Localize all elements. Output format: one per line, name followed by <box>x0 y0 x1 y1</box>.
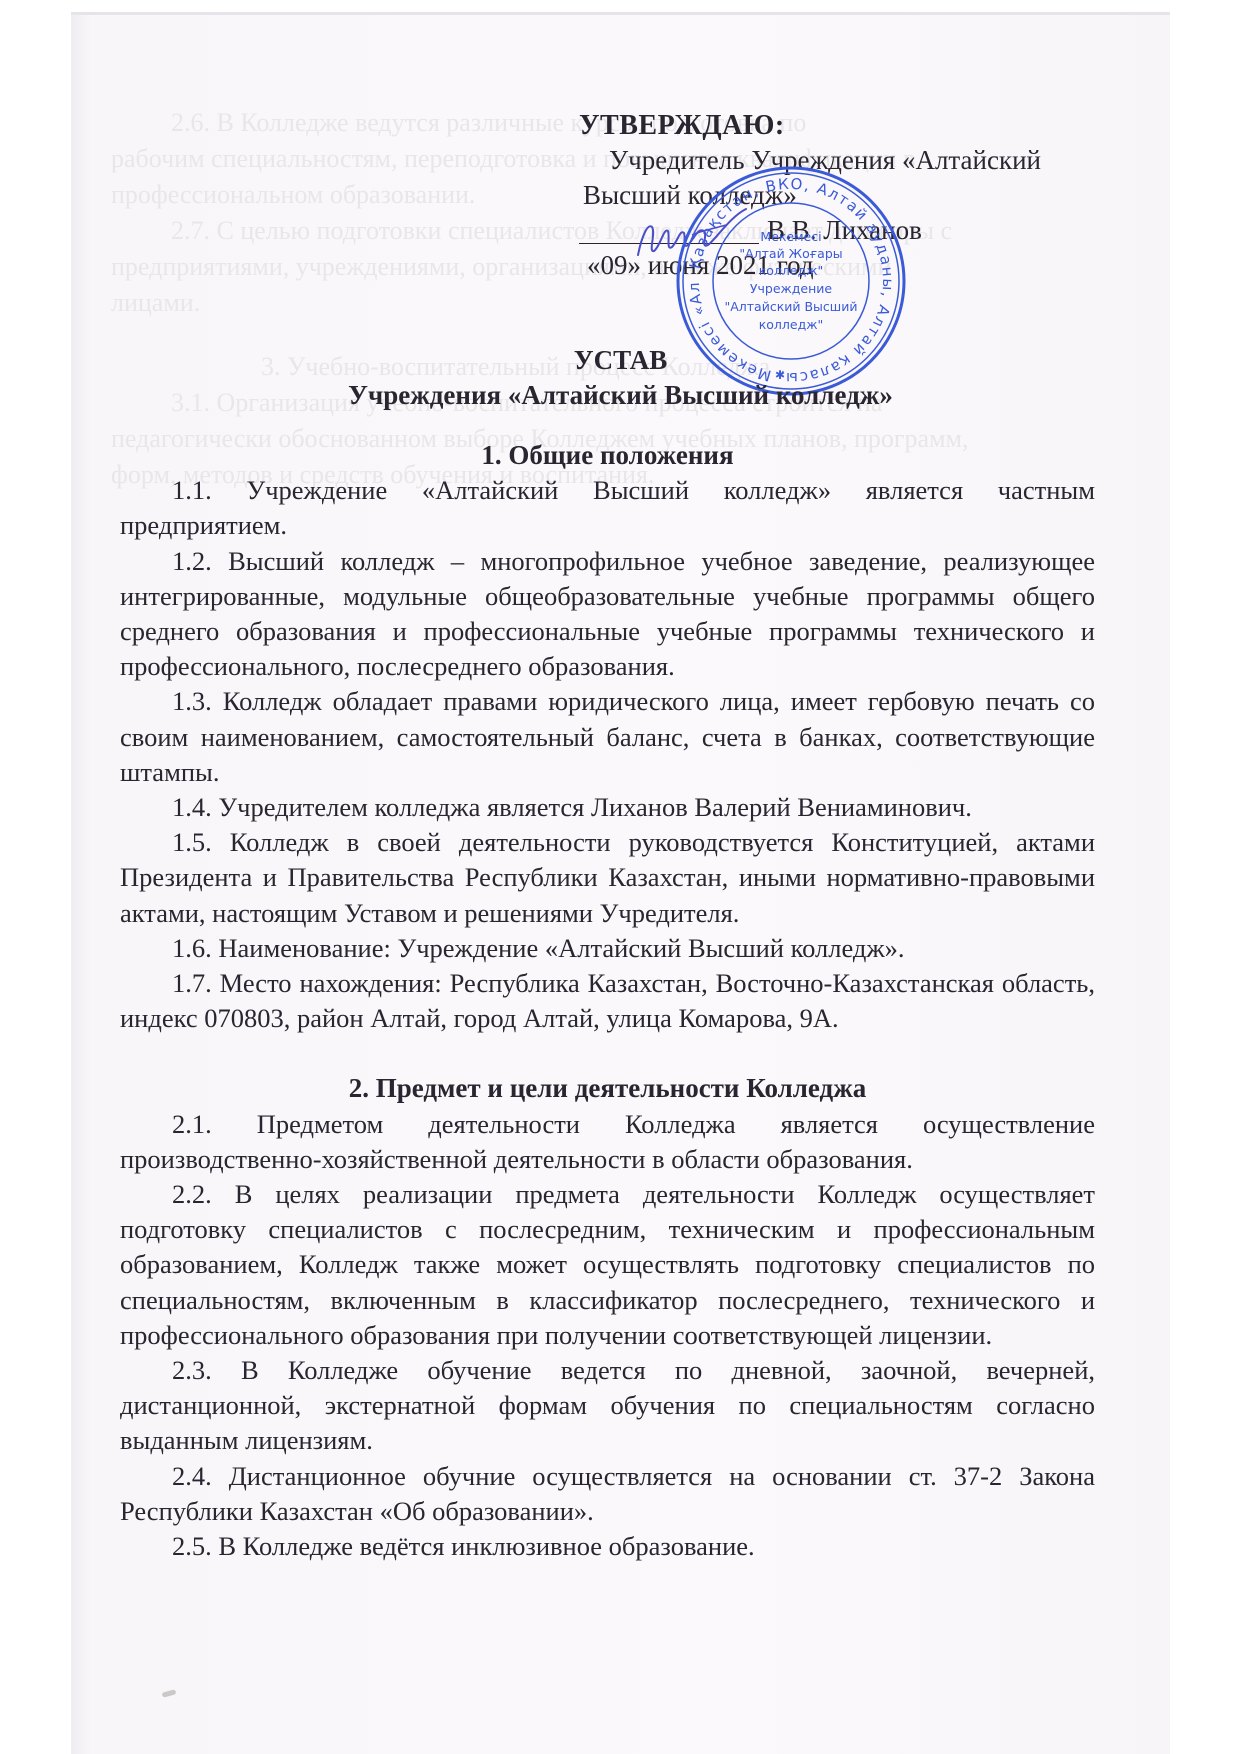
document-subtitle: Учреждения «Алтайский Высший колледж» <box>71 378 1170 413</box>
bleed-through-line: лицами. <box>111 285 200 320</box>
paragraph: 1.3. Колледж обладает правами юридическо… <box>120 684 1095 790</box>
approval-institution-line: Высший колледж» <box>579 178 1099 213</box>
section-heading: 1. Общие положения <box>120 438 1095 473</box>
paragraph: 1.7. Место нахождения: Республика Казахс… <box>120 966 1095 1036</box>
paragraph: 2.4. Дистанционное обучние осуществляетс… <box>120 1459 1095 1529</box>
paragraph: 2.1. Предметом деятельности Колледжа явл… <box>120 1107 1095 1177</box>
paragraph: 1.6. Наименование: Учреждение «Алтайский… <box>120 931 1095 966</box>
document-title: УСТАВ <box>71 343 1170 378</box>
document-title-block: УСТАВ Учреждения «Алтайский Высший колле… <box>71 343 1170 413</box>
paragraph: 2.3. В Колледже обучение ведется по днев… <box>120 1353 1095 1459</box>
approval-block: УТВЕРЖДАЮ: Учредитель Учреждения «Алтайс… <box>579 108 1099 283</box>
paragraph: 2.5. В Колледже ведётся инклюзивное обра… <box>120 1529 1095 1564</box>
approval-heading: УТВЕРЖДАЮ: <box>579 108 1099 143</box>
spacer <box>120 1036 1095 1071</box>
paragraph: 2.2. В целях реализации предмета деятель… <box>120 1177 1095 1353</box>
paragraph: 1.5. Колледж в своей деятельности руково… <box>120 825 1095 931</box>
paragraph: 1.4. Учредителем колледжа является Лихан… <box>120 790 1095 825</box>
signature-line <box>579 243 759 244</box>
signature-row: В.В. Лиханов <box>579 213 1099 248</box>
paragraph: 1.2. Высший колледж – многопрофильное уч… <box>120 544 1095 685</box>
document-body: 1. Общие положения 1.1. Учреждение «Алта… <box>120 438 1095 1564</box>
paragraph: 1.1. Учреждение «Алтайский Высший коллед… <box>120 473 1095 543</box>
section-heading: 2. Предмет и цели деятельности Колледжа <box>120 1071 1095 1106</box>
approval-founder-line: Учредитель Учреждения «Алтайский <box>579 143 1099 178</box>
signatory-name: В.В. Лиханов <box>767 213 922 248</box>
bleed-through-line: профессиональном образовании. <box>111 177 475 212</box>
approval-date: «09» июня 2021 год <box>579 248 1099 283</box>
